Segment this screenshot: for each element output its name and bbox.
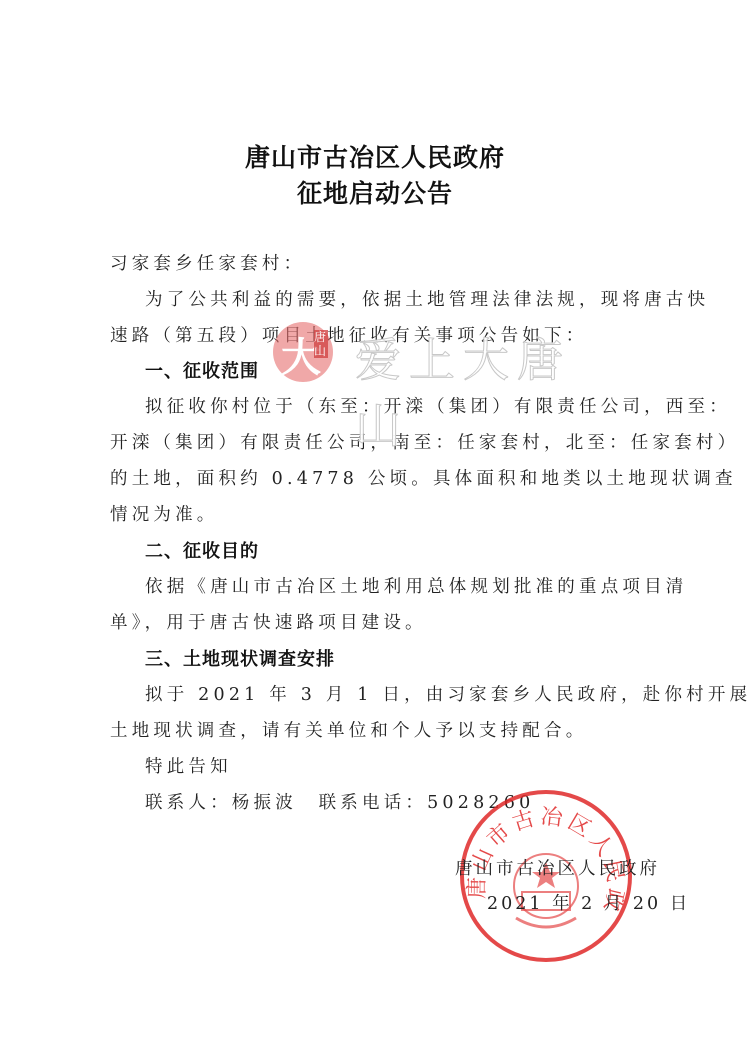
document-title-line1: 唐山市古冶区人民政府 xyxy=(0,138,750,174)
signature-date: 2021 年 2 月 20 日 xyxy=(487,890,690,915)
addressee: 习家套乡任家套村： xyxy=(110,250,305,275)
section-scope-line-2: 开滦（集团）有限责任公司，南至：任家套村，北至：任家套村） xyxy=(110,429,739,454)
section-scope-line-3: 的土地，面积约 0.4778 公顷。具体面积和地类以土地现状调查 xyxy=(110,465,737,490)
document-page: 唐山市古冶区人民政府 征地启动公告 习家套乡任家套村： 为了公共利益的需要，依据… xyxy=(0,0,750,1060)
section-survey-line-2: 土地现状调查，请有关单位和个人予以支持配合。 xyxy=(110,717,587,742)
section-scope-line-4: 情况为准。 xyxy=(110,501,219,526)
section-scope-line-1: 拟征收你村位于（东至：开滦（集团）有限责任公司，西至： xyxy=(145,393,731,418)
section-purpose-line-2: 单》，用于唐古快速路项目建设。 xyxy=(110,609,427,634)
section-heading-scope: 一、征收范围 xyxy=(145,357,259,383)
section-heading-purpose: 二、征收目的 xyxy=(145,537,259,563)
section-heading-survey: 三、土地现状调查安排 xyxy=(145,645,335,671)
section-purpose-line-1: 依据《唐山市古冶区土地利用总体规划批准的重点项目清 xyxy=(145,573,688,598)
section-survey-line-1: 拟于 2021 年 3 月 1 日，由习家套乡人民政府，赴你村开展 xyxy=(145,681,750,706)
document-title-line2: 征地启动公告 xyxy=(0,174,750,210)
intro-line-1: 为了公共利益的需要，依据土地管理法律法规，现将唐古快 xyxy=(145,286,709,311)
intro-line-2: 速路（第五段）项目土地征收有关事项公告如下： xyxy=(110,322,587,347)
signature-org: 唐山市古冶区人民政府 xyxy=(455,855,660,880)
closing-text: 特此告知 xyxy=(145,753,232,778)
